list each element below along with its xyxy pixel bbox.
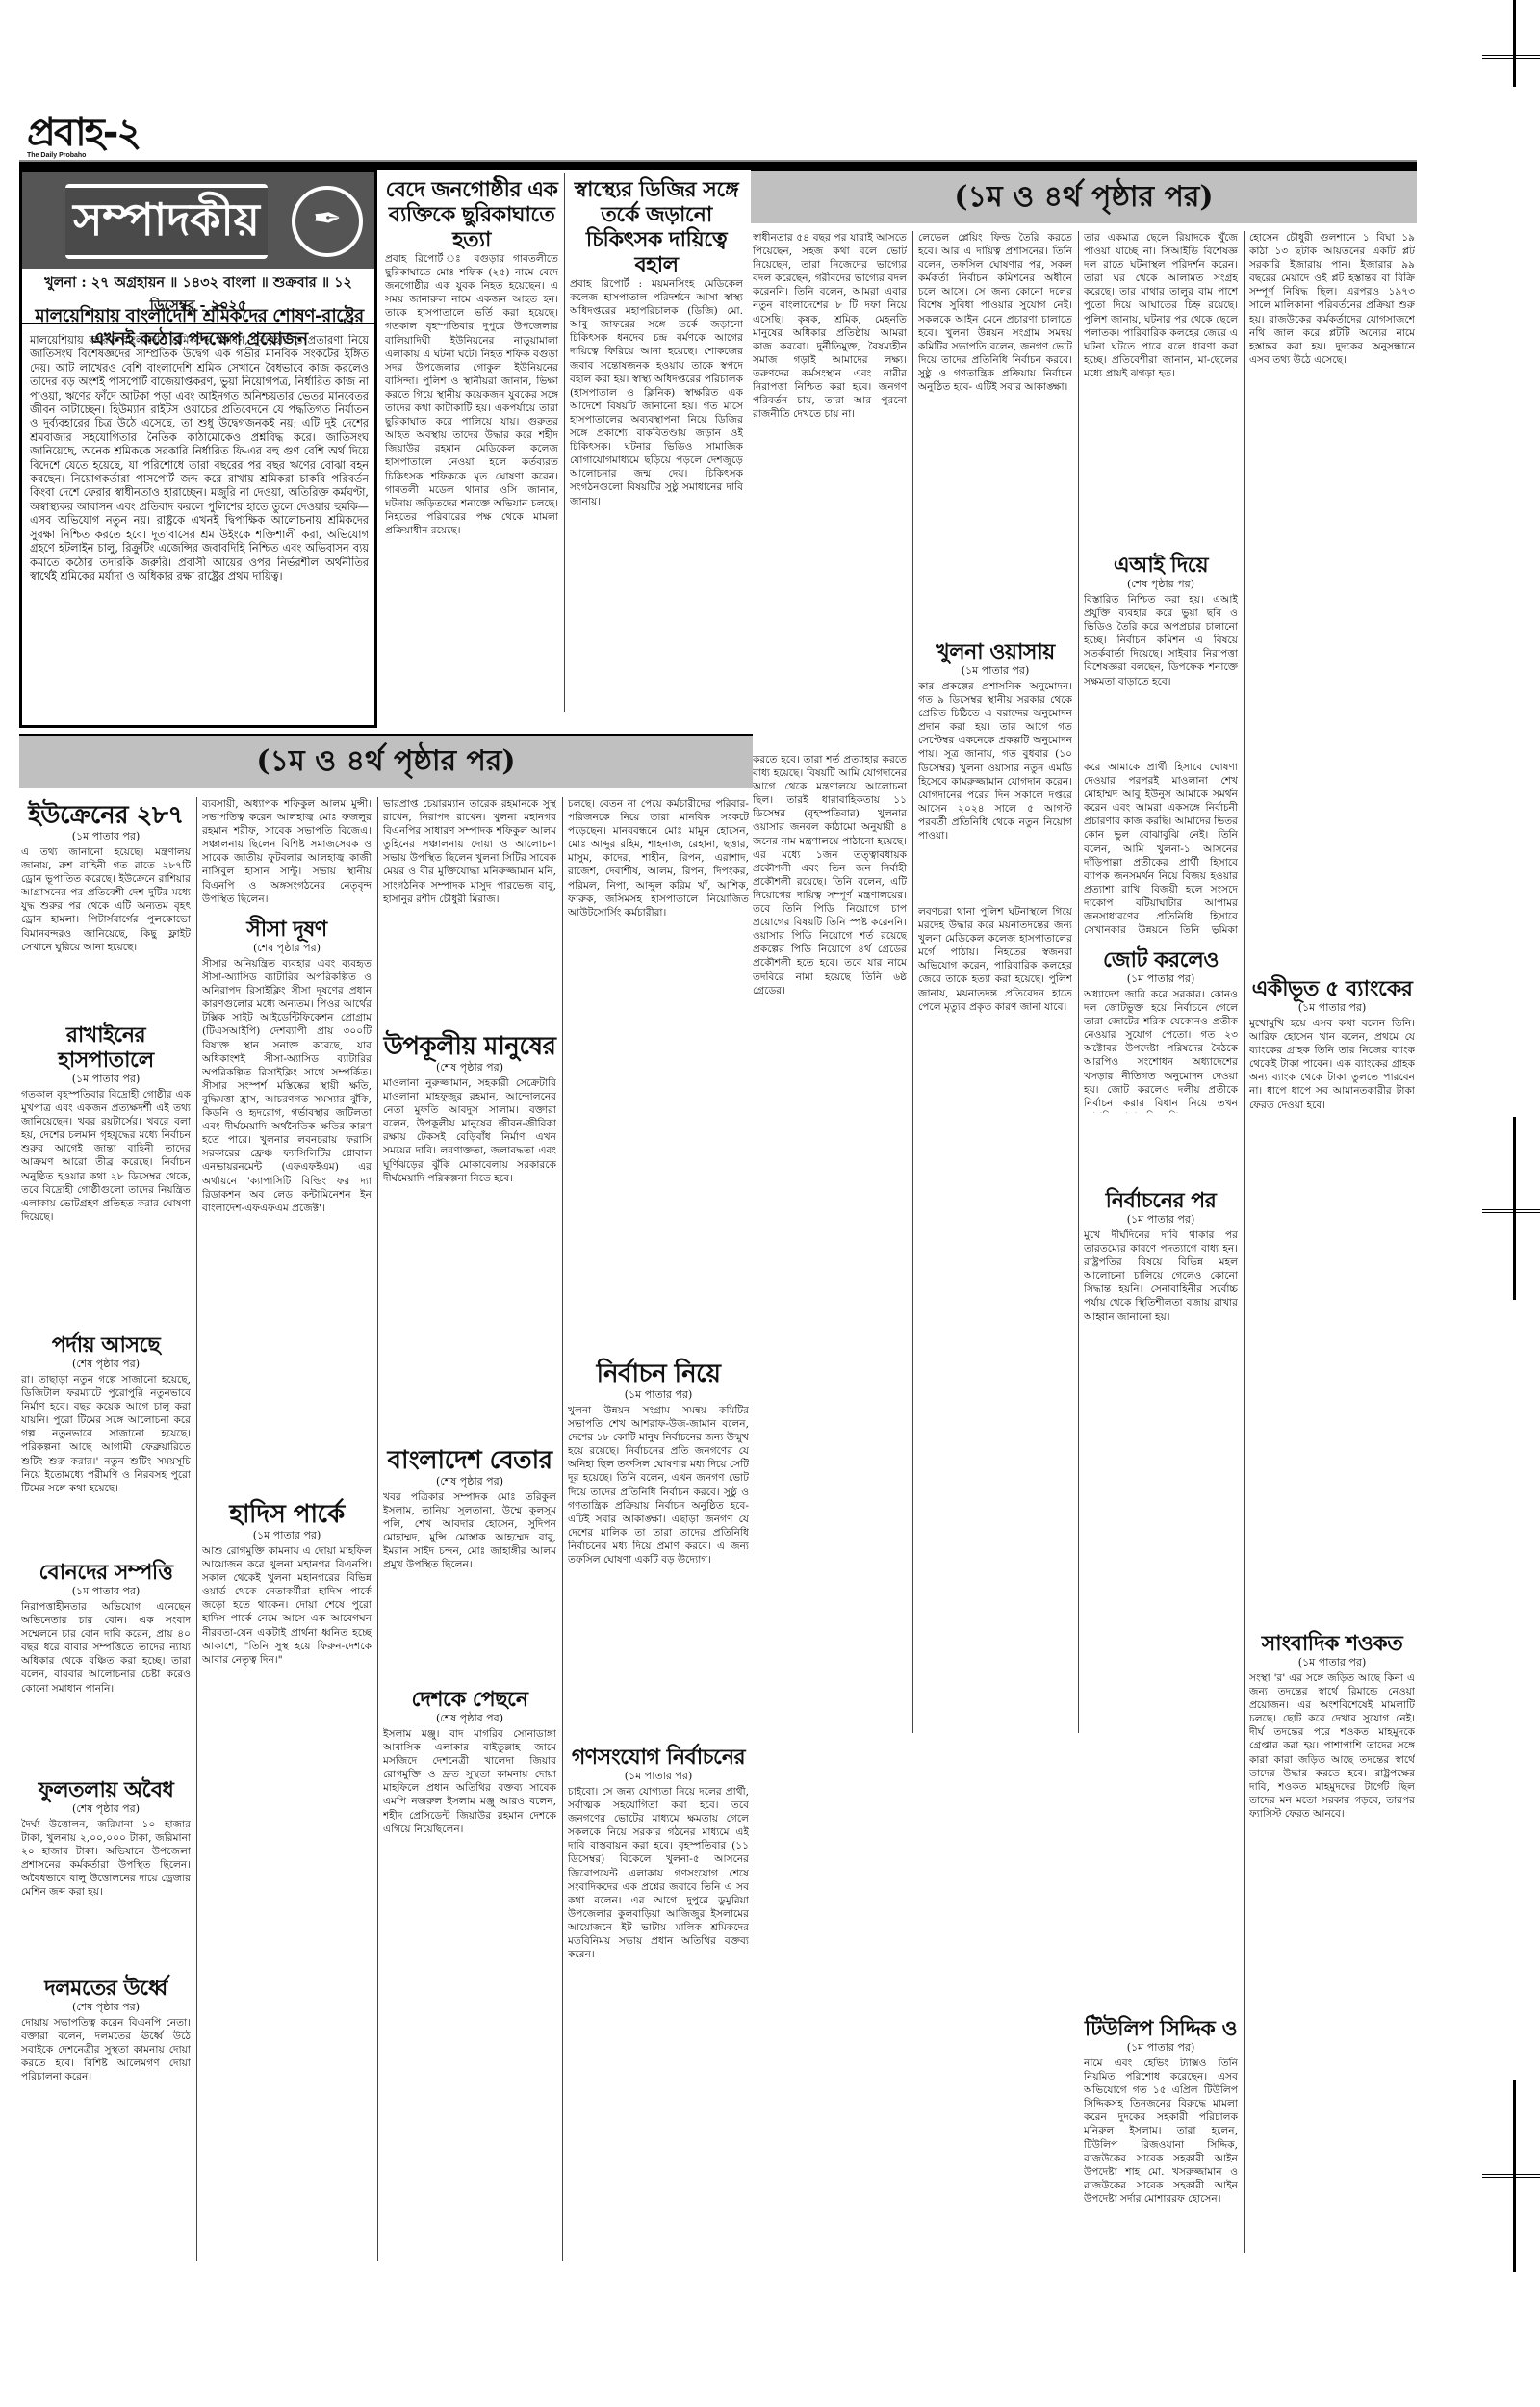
- article-body: মুখে দীর্ঘদিনের দাবি থাকার পর তারতম্যের …: [1084, 1229, 1238, 1373]
- article-post-election: নির্বাচনের পর (১ম পাতার পর) মুখে দীর্ঘদি…: [1084, 1184, 1238, 1396]
- logo-wordmark: প্রবাহ-২: [27, 114, 162, 152]
- article-headline: বোনদের সম্পত্তি: [21, 1560, 191, 1585]
- article-headline: পর্দায় আসছে: [21, 1333, 191, 1358]
- article-body: আশু রোগমুক্তি কামনায় এ দোয়া মাহফিল আয়…: [202, 1544, 372, 1833]
- story-body: প্রবাহ রিপোর্ট ঃ বগুড়ার গাবতলীতে ছুরিকা…: [385, 252, 558, 714]
- article-body: নামে এবং হেভিং ট্যাক্সও তিনি নিয়মিত পরি…: [1084, 2057, 1238, 2230]
- article-headline: ইউক্রেনের ২৮৭: [21, 801, 191, 830]
- article-headline: জোট করলেও: [1084, 947, 1238, 972]
- article-headline: দেশকে পেছনে: [383, 1687, 556, 1712]
- article-headline: নির্বাচন নিয়ে: [568, 1359, 749, 1388]
- continuation-col-4: হোসেন চৌধুরী গুলশানে ১ বিঘা ১৯ কাঠা ১৩ ছ…: [1249, 231, 1415, 732]
- banner-text: (১ম ও ৪র্থ পৃষ্ঠার পর): [19, 734, 753, 788]
- editorial-section: সম্পাদকীয় ✒ খুলনা : ২৭ অগ্রহায়ন ॥ ১৪৩২…: [19, 169, 377, 728]
- article-subhead: (১ম পাতার পর): [918, 664, 1072, 678]
- article-headline: সীসা দূষণ: [202, 917, 372, 942]
- article-body: গতকাল বৃহস্পতিবার বিদ্রোহী গোষ্ঠীর এক মু…: [21, 1088, 191, 1329]
- article-body: এ তথ্য জানানো হয়েছে। মন্ত্রণালয় জানায়…: [21, 845, 191, 1019]
- article-headline: দলমতের উর্ধ্বে: [21, 1976, 191, 2001]
- continuation-col-1: স্বাধীনতার ৫৪ বছর পর যারাই আসতে পিয়েছেন…: [753, 231, 907, 732]
- article-body: অধ্যাদেশ জারি করে সরকার। কোনও দল জোটভুক্…: [1084, 988, 1238, 1113]
- article-body: রা। তাছাড়া নতুন গল্পে সাজানো হয়েছে, ডি…: [21, 1373, 191, 1556]
- story-body: প্রবাহ রিপোর্ট : ময়মনসিংহ মেডিকেল কলেজ …: [570, 277, 743, 739]
- article-body: খুলনা উন্নয়ন সংগ্রাম সমন্বয় কমিটির সভা…: [568, 1404, 749, 1741]
- article-body: খবর পত্রিকার সম্পাদক মোঃ তরিকুল ইসলাম, ত…: [383, 1490, 556, 1683]
- editorial-header: সম্পাদকীয় ✒: [22, 172, 374, 269]
- lower-col-1: ইউক্রেনের ২৮৭ (১ম পাতার পর) এ তথ্য জানান…: [21, 797, 191, 2261]
- article-body: [918, 1487, 1072, 1775]
- editorial-title: সম্পাদকীয়: [65, 184, 268, 259]
- article-headline: সাংবাদিক শওকত: [1249, 1631, 1415, 1656]
- article-shawkat: সাংবাদিক শওকত (১ম পাতার পর) সংস্থা 'র' এ…: [1249, 1627, 1415, 2012]
- article-subhead: (১ম পাতার পর): [1084, 1213, 1238, 1227]
- article-banks: একীভূত ৫ ব্যাংকের (১ম পাতার পর) মুখোমুখি…: [1249, 972, 1415, 1165]
- article-headline: এআই দিয়ে: [1084, 553, 1238, 578]
- article-body: ইসলাম মঞ্জু। বাদ মাগরিব সোনাডাঙ্গা আবাসি…: [383, 1727, 556, 1978]
- article-body: ব্যবসায়ী, অধ্যাপক শফিকুল আলম মুন্সী। সভ…: [202, 797, 372, 913]
- article-subhead: (শেষ পৃষ্ঠার পর): [202, 942, 372, 955]
- article-subhead: (শেষ পৃষ্ঠার পর): [21, 2001, 191, 2014]
- article-body: করতে হবে। তারা শর্ত প্রত্যাহার করতে বাধ্…: [753, 753, 907, 1331]
- article-jot: জোট করলেও (১ম পাতার পর) অধ্যাদেশ জারি কর…: [1084, 944, 1238, 1136]
- article-subhead: (শেষ পৃষ্ঠার পর): [383, 1475, 556, 1488]
- article-headline: নির্বাচনের পর: [1084, 1188, 1238, 1213]
- article-body: বিস্তারিত নিশ্চিত করা হয়। এআই প্রযুক্তি…: [1084, 593, 1238, 728]
- article-subhead: (শেষ পৃষ্ঠার পর): [21, 1358, 191, 1371]
- article-headline: বাংলাদেশ বেতার: [383, 1446, 556, 1475]
- story-bede-murder: বেদে জনগোষ্ঠীর এক ব্যক্তিকে ছুরিকাঘাতে হ…: [385, 173, 558, 712]
- story-headline: বেদে জনগোষ্ঠীর এক ব্যক্তিকে ছুরিকাঘাতে হ…: [385, 177, 558, 252]
- article-subhead: (১ম পাতার পর): [568, 1770, 749, 1783]
- lower-col-6: লবণচরা থানা পুলিশ ঘটনাস্থলে গিয়ে মরদেহ …: [918, 905, 1072, 1868]
- article-subhead: (শেষ পৃষ্ঠার পর): [383, 1061, 556, 1074]
- article-subhead: (১ম পাতার পর): [1249, 1656, 1415, 1669]
- article-body: নিরাপত্তাহীনতার অভিযোগ এনেছেন অভিনেতার চ…: [21, 1600, 191, 1773]
- article-subhead: (১ম পাতার পর): [21, 1073, 191, 1086]
- article-subhead: (শেষ পৃষ্ঠার পর): [21, 1802, 191, 1816]
- article-body: কার প্রকল্পের প্রশাসনিক অনুমোদন। গত ৯ ডি…: [918, 680, 1072, 853]
- lower-col-5: করতে হবে। তারা শর্ত প্রত্যাহার করতে বাধ্…: [753, 751, 907, 2253]
- article-body: চলছে। বেতন না পেয়ে কর্মচারীদের পরিবার-প…: [568, 797, 749, 1356]
- article-subhead: (১ম পাতার পর): [1084, 972, 1238, 986]
- article-headline: গণসংযোগ নির্বাচনের: [568, 1745, 749, 1770]
- banner-text: (১ম ও ৪র্থ পৃষ্ঠার পর): [751, 169, 1417, 223]
- editorial-body: মালয়েশিয়ায় কর্মরত বাংলাদেশি শ্রমিকদের…: [30, 334, 369, 719]
- continuation-col-3: তার একমাত্র ছেলে রিয়াদকে খুঁজে পাওয়া য…: [1084, 231, 1238, 539]
- article-body: লবণচরা থানা পুলিশ ঘটনাস্থলে গিয়ে মরদেহ …: [918, 905, 1072, 1483]
- lower-col-4: চলছে। বেতন না পেয়ে কর্মচারীদের পরিবার-প…: [568, 797, 749, 2261]
- lower-col-3: ভারপ্রাপ্ত চেয়ারম্যান তারেক রহমানকে সুস…: [383, 797, 556, 2261]
- pen-nib-icon: ✒: [292, 186, 363, 257]
- article-body: মাওলানা নুরুজ্জামান, সহকারী সেক্রেটারি ম…: [383, 1076, 556, 1442]
- right-rail-candidate: করে আমাকে প্রার্থী হিসাবে ঘোষণা দেওয়ার …: [1084, 761, 1238, 934]
- article-subhead: (১ম পাতার পর): [21, 1585, 191, 1598]
- article-headline: খুলনা ওয়াসায়: [918, 639, 1072, 664]
- story-dg-doctor: স্বাস্থ্যের ডিজির সঙ্গে তর্কে জড়ানো চিক…: [570, 173, 743, 712]
- article-body: সংস্থা 'র' এর সঙ্গে জড়িত আছে কিনা এ জন্…: [1249, 1671, 1415, 1989]
- article-ai: এআই দিয়ে (শেষ পৃষ্ঠার পর) বিস্তারিত নিশ…: [1084, 549, 1238, 761]
- article-subhead: (শেষ পৃষ্ঠার পর): [1084, 578, 1238, 591]
- article-headline: হাদিস পার্কে: [202, 1500, 372, 1529]
- lower-col-2: ব্যবসায়ী, অধ্যাপক শফিকুল আলম মুন্সী। সভ…: [202, 797, 372, 2261]
- article-tulip: টিউলিপ সিদ্দিক ও (১ম পাতার পর) নামে এবং …: [1084, 2012, 1238, 2253]
- article-body: মুখোমুখি হয়ে এসব কথা বলেন তিনি। আরিফ হো…: [1249, 1017, 1415, 1152]
- article-khulna-wasa: খুলনা ওয়াসায় (১ম পাতার পর) কার প্রকল্প…: [918, 635, 1072, 886]
- article-headline: টিউলিপ সিদ্দিক ও: [1084, 2016, 1238, 2041]
- continuation-banner-top: (১ম ও ৪র্থ পৃষ্ঠার পর): [751, 169, 1417, 225]
- article-subhead: (১ম পাতার পর): [1249, 1001, 1415, 1015]
- article-headline: ফুলতলায় অবৈধ: [21, 1777, 191, 1802]
- article-headline: রাখাইনের হাসপাতালে: [21, 1022, 191, 1073]
- article-subhead: (১ম পাতার পর): [1084, 2041, 1238, 2055]
- article-body: চাইবো। সে জন্য যোগ্যতা নিয়ে দলের প্রার্…: [568, 1785, 749, 2170]
- article-subhead: (১ম পাতার পর): [202, 1529, 372, 1542]
- article-subhead: (১ম পাতার পর): [568, 1388, 749, 1402]
- continuation-banner-mid: (১ম ও ৪র্থ পৃষ্ঠার পর): [19, 734, 753, 789]
- article-body: ভারপ্রাপ্ত চেয়ারম্যান তারেক রহমানকে সুস…: [383, 797, 556, 1028]
- continuation-col-2: লেভেল প্লেয়িং ফিল্ড তৈরি করতে হবে। আর এ…: [918, 231, 1072, 655]
- article-subhead: (শেষ পৃষ্ঠার পর): [383, 1712, 556, 1725]
- article-headline: উপকূলীয় মানুষের: [383, 1032, 556, 1061]
- story-headline: স্বাস্থ্যের ডিজির সঙ্গে তর্কে জড়ানো চিক…: [570, 177, 743, 277]
- article-body: সীসার অনিয়ন্ত্রিত ব্যবহার এবং ব্যবহৃত স…: [202, 957, 372, 1496]
- article-subhead: (১ম পাতার পর): [21, 830, 191, 843]
- article-body: দোয়ায় সভাপতিত্ব করেন বিএনপি নেতা। বক্ত…: [21, 2016, 191, 2112]
- article-headline: একীভূত ৫ ব্যাংকের: [1249, 976, 1415, 1001]
- article-body: দৈর্ঘ্য উত্তোলন, জরিমানা ১০ হাজার টাকা, …: [21, 1818, 191, 1972]
